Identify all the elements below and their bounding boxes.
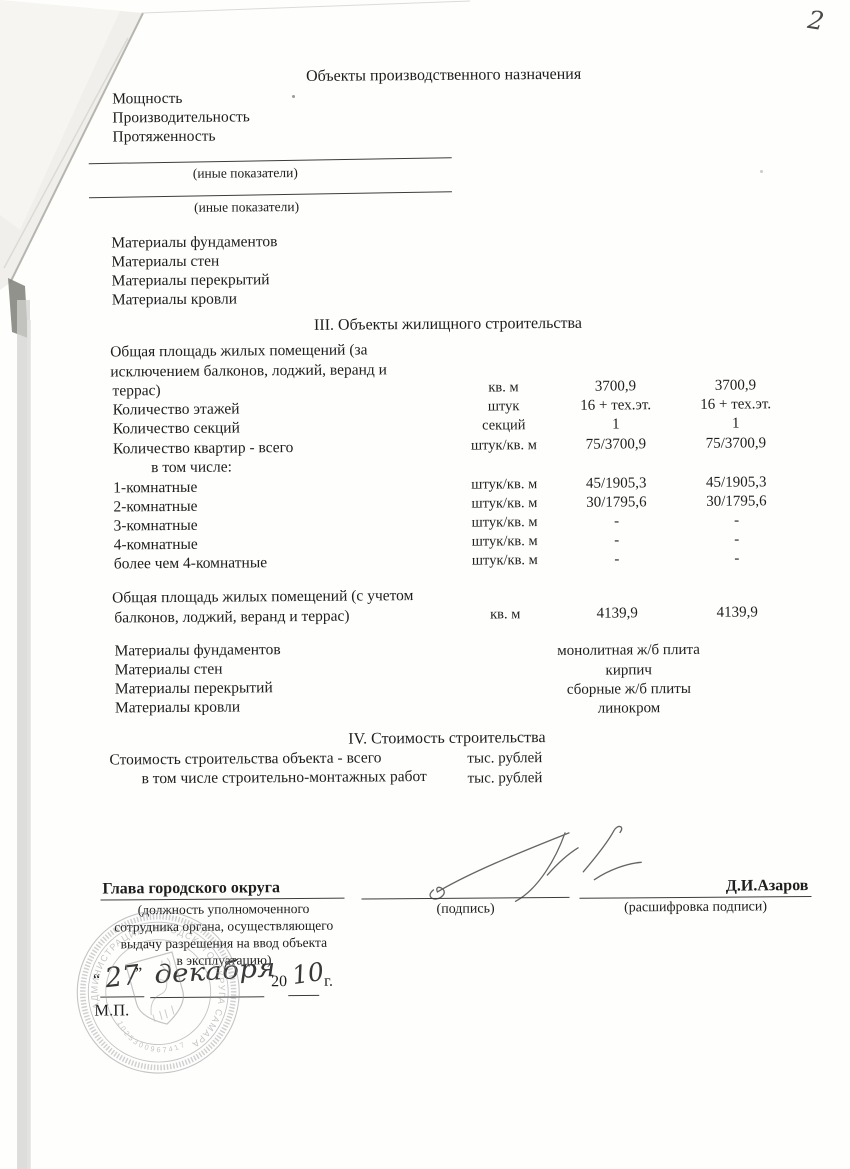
row-value-1: 30/1795,6 [562, 494, 670, 512]
blank-line-rule [89, 191, 452, 198]
signatory-name: Д.И.Азаров [602, 876, 808, 897]
row-label: Материалы перекрытий [115, 679, 273, 698]
row-unit: кв. м [448, 606, 562, 624]
seal-shield [126, 952, 190, 1030]
row-label: 4-комнатные [114, 536, 198, 555]
section-title-cost: IV. Стоимость строительства [348, 728, 545, 749]
row-label: Материалы кровли [115, 698, 240, 717]
row-value-1: 45/1905,3 [562, 475, 670, 493]
metric-label: Производительность [112, 108, 250, 128]
row-label: Материалы стен [115, 661, 223, 680]
row-unit: штук/кв. м [447, 437, 561, 455]
row-value-2: - [682, 512, 790, 530]
row-value-1: 3700,9 [561, 378, 669, 396]
row-label-line: Общая площадь жилых помещений (за [110, 341, 367, 362]
name-caption: (расшифровка подписи) [593, 899, 799, 917]
row-label: Количество секций [113, 419, 240, 438]
row-label: балконов, лоджий, веранд и террас) [114, 608, 349, 628]
row-label: террас) [112, 382, 160, 400]
seal-number: 1025300967417 [115, 1005, 188, 1066]
signature-stroke [583, 826, 622, 871]
row-label-line: исключением балконов, лоджий, веранд и [110, 361, 387, 382]
section-title-housing: III. Объекты жилищного строительства [314, 314, 582, 335]
row-value-1: 16 + тех.эт. [562, 397, 670, 415]
other-indicators-caption: (иные показатели) [193, 165, 298, 182]
row-value-2: 45/1905,3 [682, 474, 790, 492]
row-label: Материалы фундаментов [114, 641, 280, 660]
row-unit: штук/кв. м [448, 552, 562, 570]
metric-label: Мощность [112, 90, 182, 109]
section-title-production: Объекты производственного назначения [306, 65, 581, 86]
other-indicators-caption: (иные показатели) [194, 199, 299, 216]
row-label: в том числе: [151, 459, 232, 478]
metric-label: Протяженность [112, 128, 215, 147]
date-year-suffix: г. [324, 972, 333, 991]
date-year-handwritten: 10 [290, 957, 326, 990]
row-label: Количество этажей [113, 400, 240, 419]
row-unit: секций [447, 417, 561, 435]
row-value: линокром [499, 699, 759, 718]
row-value-2: 4139,9 [683, 604, 791, 622]
row-value-1: - [563, 551, 671, 569]
row-label-line: Общая площадь жилых помещений (с учетом [112, 587, 413, 608]
signature-stroke [515, 833, 566, 901]
row-label: Стоимость строительства объекта - всего [109, 749, 381, 769]
row-value-2: - [683, 531, 791, 549]
row-value-2: 1 [682, 415, 790, 433]
row-value-1: 1 [562, 416, 670, 434]
row-unit: штук/кв. м [447, 495, 561, 513]
row-label: 3-комнатные [113, 517, 197, 536]
material-label: Материалы стен [111, 253, 219, 272]
scanned-document-page: 2 Объекты производственного назначения М… [0, 0, 850, 1169]
row-unit: штук/кв. м [447, 476, 561, 494]
row-value-1: 75/3700,9 [562, 436, 670, 454]
row-unit: тыс. рублей [467, 749, 542, 768]
signature-caption: (подпись) [403, 901, 529, 919]
row-label: более чем 4-комнатные [114, 554, 267, 573]
material-label: Материалы фундаментов [111, 233, 277, 253]
row-value-1: 4139,9 [563, 605, 671, 623]
row-unit: штук [447, 398, 561, 416]
row-unit: кв. м [446, 379, 560, 397]
row-value-2: 75/3700,9 [682, 435, 790, 453]
row-label: 2-комнатные [113, 498, 197, 517]
blank-line-rule [89, 157, 452, 164]
row-value-2: 3700,9 [681, 377, 789, 395]
row-unit: тыс. рублей [467, 769, 542, 788]
date-year-rule [288, 995, 319, 996]
row-label: в том числе строительно-монтажных работ [141, 768, 426, 788]
material-label: Материалы перекрытий [112, 271, 270, 291]
date-year-prefix: 20 [271, 972, 287, 991]
row-value-2: 16 + тех.эт. [682, 396, 790, 414]
signature-stroke [430, 833, 570, 899]
row-label: Количество квартир - всего [113, 439, 294, 458]
row-value-1: - [563, 532, 671, 550]
row-value-1: - [562, 513, 670, 531]
material-label: Материалы кровли [112, 290, 237, 310]
row-value-2: - [683, 550, 791, 568]
row-value-2: 30/1795,6 [682, 493, 790, 511]
row-label: 1-комнатные [113, 479, 197, 498]
row-unit: штук/кв. м [447, 514, 561, 532]
row-unit: штук/кв. м [448, 533, 562, 551]
